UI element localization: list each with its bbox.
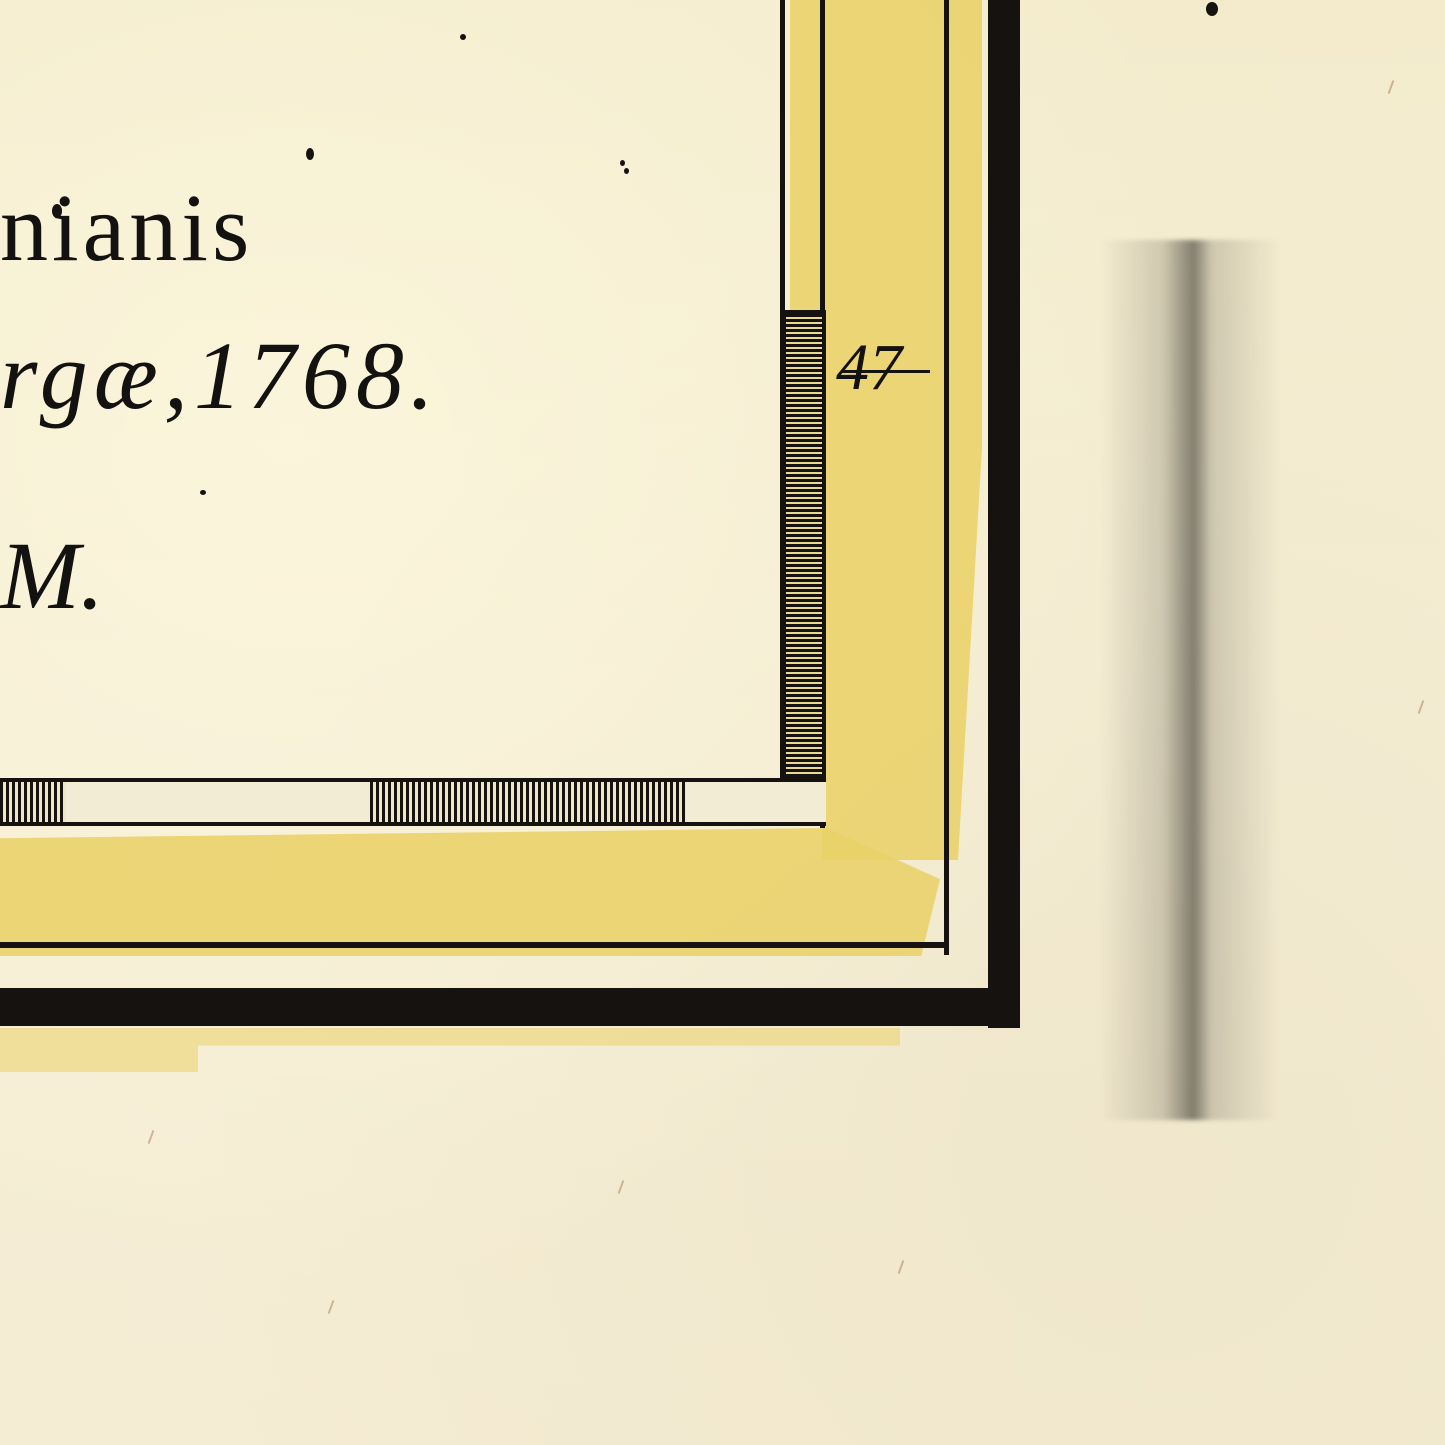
title-line-2-year: rgæ,1768. — [0, 320, 440, 431]
ink-dot — [624, 168, 629, 174]
latitude-degree-label: 47 — [836, 330, 902, 406]
title-line-1: nianis — [0, 172, 253, 283]
outer-frame-bottom — [0, 988, 1020, 1026]
ink-dot — [620, 160, 625, 166]
border-wash-inner-strip — [790, 0, 822, 312]
ink-dot — [460, 34, 466, 40]
scale-hatched-segment-1 — [0, 778, 66, 826]
middle-frame-line-bottom — [0, 942, 949, 948]
border-wash-right — [822, 0, 982, 860]
scale-bar-outer-line — [820, 0, 825, 312]
degree-scale-hatched-segment — [782, 310, 826, 780]
ink-dot — [1206, 2, 1218, 16]
border-wash-bottom — [0, 828, 940, 956]
middle-frame-line-right — [944, 0, 949, 955]
ink-smudge — [1100, 240, 1280, 1120]
scale-white-segment-1 — [66, 778, 372, 826]
outer-frame-right — [988, 0, 1020, 1028]
scale-hatched-segment-2 — [370, 778, 686, 826]
scale-white-segment-2 — [686, 778, 826, 826]
ink-dot — [52, 204, 62, 218]
title-line-3: M. — [0, 520, 104, 631]
degree-tick — [842, 370, 930, 373]
ink-dot — [200, 490, 206, 495]
ink-dot — [306, 148, 314, 160]
